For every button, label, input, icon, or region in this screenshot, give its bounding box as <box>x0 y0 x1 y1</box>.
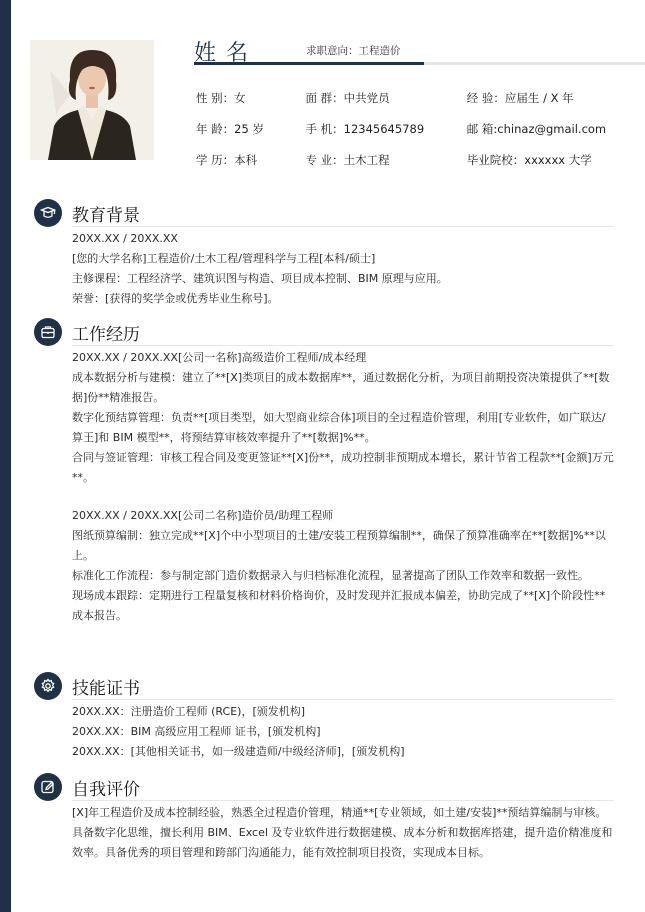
section-header: 教育背景 <box>34 199 614 227</box>
section-body: 20XX.XX / 20XX.XX[公司一名称]高级造价工程师/成本经理 成本数… <box>72 348 614 626</box>
section-self-evaluation: 自我评价 [X]年工程造价及成本控制经验，熟悉全过程造价管理，精通**[专业领域… <box>34 773 614 863</box>
education-period: 20XX.XX / 20XX.XX <box>72 229 614 249</box>
info-degree: 学 历：本科 <box>196 152 306 168</box>
gear-icon <box>34 672 62 700</box>
section-body: 20XX.XX：注册造价工程师 (RCE)，[颁发机构] 20XX.XX：BIM… <box>72 702 614 762</box>
section-work: 工作经历 20XX.XX / 20XX.XX[公司一名称]高级造价工程师/成本经… <box>34 318 614 626</box>
header-underline-dark <box>194 62 424 65</box>
edit-icon <box>34 773 62 801</box>
section-skills: 技能证书 20XX.XX：注册造价工程师 (RCE)，[颁发机构] 20XX.X… <box>34 672 614 762</box>
info-phone: 手 机：12345645789 <box>306 121 467 137</box>
job-intent: 求职意向：工程造价 <box>306 43 401 58</box>
profile-photo <box>30 40 154 160</box>
education-honors: 荣誉：[获得的奖学金或优秀毕业生称号]。 <box>72 289 614 309</box>
info-major: 专 业：土木工程 <box>306 152 467 168</box>
job-heading: 20XX.XX / 20XX.XX[公司一名称]高级造价工程师/成本经理 <box>72 348 614 368</box>
section-divider <box>72 226 614 227</box>
graduation-cap-icon <box>34 199 62 227</box>
section-divider <box>72 345 614 346</box>
info-political-status: 面 群：中共党员 <box>306 90 467 106</box>
education-courses: 主修课程：工程经济学、建筑识图与构造、项目成本控制、BIM 原理与应用。 <box>72 269 614 289</box>
certificate-item: 20XX.XX：注册造价工程师 (RCE)，[颁发机构] <box>72 702 614 722</box>
section-header: 工作经历 <box>34 318 614 346</box>
info-email: 邮 箱:chinaz@gmail.com <box>467 121 636 137</box>
portrait-image <box>30 40 154 160</box>
certificate-item: 20XX.XX：[其他相关证书，如一级建造师/中级经济师]，[颁发机构] <box>72 742 614 762</box>
job-item: 图纸预算编制：独立完成**[X]个中小型项目的土建/安装工程预算编制**，确保了… <box>72 526 614 566</box>
job-item: 标准化工作流程：参与制定部门造价数据录入与归档标准化流程，显著提高了团队工作效率… <box>72 566 614 586</box>
info-row: 学 历：本科 专 业：土木工程 毕业院校：xxxxxx 大学 <box>196 144 636 175</box>
side-stripe <box>0 0 11 912</box>
certificate-item: 20XX.XX：BIM 高级应用工程师 证书，[颁发机构] <box>72 722 614 742</box>
header-underline-light <box>424 62 645 65</box>
section-title: 技能证书 <box>72 674 140 699</box>
spacer <box>72 488 614 506</box>
info-row: 年 龄：25 岁 手 机：12345645789 邮 箱:chinaz@gmai… <box>196 113 636 144</box>
section-body: 20XX.XX / 20XX.XX [您的大学名称]工程造价/土木工程/管理科学… <box>72 229 614 309</box>
info-age: 年 龄：25 岁 <box>196 121 306 137</box>
job-item: 合同与签证管理：审核工程合同及变更签证**[X]份**，成功控制非预期成本增长，… <box>72 448 614 488</box>
section-title: 自我评价 <box>72 775 140 800</box>
section-header: 技能证书 <box>34 672 614 700</box>
section-education: 教育背景 20XX.XX / 20XX.XX [您的大学名称]工程造价/土木工程… <box>34 199 614 309</box>
section-title: 教育背景 <box>72 201 140 226</box>
self-evaluation-text: [X]年工程造价及成本控制经验，熟悉全过程造价管理，精通**[专业领域，如土建/… <box>72 803 614 863</box>
section-body: [X]年工程造价及成本控制经验，熟悉全过程造价管理，精通**[专业领域，如土建/… <box>72 803 614 863</box>
job-item: 现场成本跟踪：定期进行工程量复核和材料价格询价，及时发现并汇报成本偏差，协助完成… <box>72 586 614 626</box>
info-gender: 性 别：女 <box>196 90 306 106</box>
job-heading: 20XX.XX / 20XX.XX[公司二名称]造价员/助理工程师 <box>72 506 614 526</box>
info-row: 性 别：女 面 群：中共党员 经 验：应届生 / X 年 <box>196 82 636 113</box>
section-divider <box>72 800 614 801</box>
section-header: 自我评价 <box>34 773 614 801</box>
education-school: [您的大学名称]工程造价/土木工程/管理科学与工程[本科/硕士] <box>72 249 614 269</box>
personal-info-grid: 性 别：女 面 群：中共党员 经 验：应届生 / X 年 年 龄：25 岁 手 … <box>196 82 636 175</box>
job-item: 成本数据分析与建模：建立了**[X]类项目的成本数据库**，通过数据化分析，为项… <box>72 368 614 408</box>
section-title: 工作经历 <box>72 320 140 345</box>
info-school: 毕业院校：xxxxxx 大学 <box>467 152 636 168</box>
job-item: 数字化预结算管理：负责**[项目类型，如大型商业综合体]项目的全过程造价管理，利… <box>72 408 614 448</box>
briefcase-icon <box>34 318 62 346</box>
info-experience: 经 验：应届生 / X 年 <box>467 90 636 106</box>
section-divider <box>72 699 614 700</box>
